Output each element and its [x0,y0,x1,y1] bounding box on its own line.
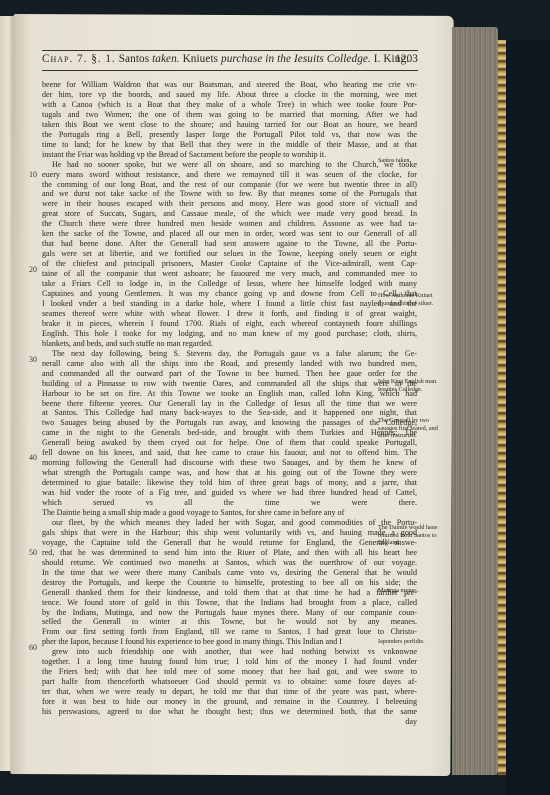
line-number: 40 [29,453,37,462]
line-number: 60 [29,643,37,652]
text-line: blankets, and beds, and such stuffe no m… [42,339,417,349]
page-fore-edge [452,27,498,775]
text-line: at Santos. This Colledge had many back-w… [42,408,417,418]
text-line: was hid vnder the roote of a Fig tree, a… [42,488,417,498]
margin-note: The Generall by two sauages first feared… [378,417,448,440]
text-line: gals ships that were in the Harbour; thi… [42,528,417,538]
line-number: 30 [29,355,37,364]
margin-note: Iohn King English man. Iesuites Colledge… [378,378,448,393]
text-line: From our first setting forth from Englan… [42,627,417,637]
text-line: ken the sacke of the Towne, and placed a… [42,229,417,239]
text-line: and commanded all the outward part of th… [42,369,417,379]
text-line: our fleet, by the which meanes they lade… [42,518,417,528]
text-line: beene for William Waldron that was our B… [42,80,417,90]
text-line: should returne. We continued two moneths… [42,558,417,568]
text-line: Generall thanked them for their kindness… [42,588,417,598]
page-number: 1203 [395,53,418,65]
text-line: tence. We found store of gold in this To… [42,598,417,608]
text-line: taken this Boat we went close to the sho… [42,120,417,130]
text-line: seames thereof were white with wheat flo… [42,309,417,319]
line-number: 50 [29,548,37,557]
text-line: what strength the Portugals campe was, a… [42,468,417,478]
text-line: brake it in pieces, wherein I found 1700… [42,319,417,329]
text-line: grew into such friendship one with anoth… [42,647,417,657]
text-line: by the Indians, Mutinga, and now the Por… [42,608,417,618]
text-line: Captaines and young Gentlemen. It was my… [42,289,417,299]
text-line: instant the Friar was holding vp the Bre… [42,150,417,160]
dark-background [506,40,550,795]
header-title-italic: purchase in the Iesuits Colledge. [221,53,371,65]
text-line: selled the Generall to winter at this To… [42,617,417,627]
text-line: nerall came also with all the ships into… [42,359,417,369]
header-bottom-rule [42,70,418,71]
text-line: the Portugals ring a Bell, presently Ias… [42,130,417,140]
text-line: Harbour to be set on fire. At this Towne… [42,389,417,399]
text-line: his perswasions, agreed to doe what he t… [42,707,417,717]
text-line: together. I a long time hauing found him… [42,657,417,667]
text-line: of the chiefest and principall prisoners… [42,259,417,269]
text-line: building of a Pinnasse to row with twent… [42,379,417,389]
text-line: part halfe from thenceforth whatsoeuer G… [42,677,417,687]
text-line: pher the Iapon, because I found his expe… [42,637,417,647]
chapter-label: Chap. 7. §. 1. [42,53,116,65]
text-line: I looked vnder a bed standing in a darke… [42,299,417,309]
text-line: came in the night to the Generals bed-si… [42,428,417,438]
text-line: He had no sooner spoke, but we were all … [42,160,417,170]
text-line: Generall being awaked by them cryed out … [42,438,417,448]
text-line: take a Friars Cell to lodge in, in the C… [42,279,417,289]
text-line: The next day following, being S. Stevens… [42,349,417,359]
text-line: with a Canoa (which is a Boat that they … [42,100,417,110]
text-line: red, that he was determined to send him … [42,548,417,558]
text-line: ter that, when we were ready to depart, … [42,687,417,697]
margin-note: Mutinga mynes. [378,587,448,595]
text-line: that had beene done. After the Generall … [42,239,417,249]
line-number: 10 [29,170,37,179]
margin-note: How Anthonie Kniuet found a chist of sil… [378,292,448,307]
header-top-rule [42,50,418,51]
header-title-italic: taken. [152,53,180,65]
text-line: the comming of our long Boat, and the re… [42,180,417,190]
text-line: the Friers bed; with that hee told mee o… [42,667,417,677]
margin-note: Iaponders perfidie. [378,638,448,646]
text-line: euery mans sword without resistance, and… [42,170,417,180]
text-line: beene there fifteene yeeres. Our General… [42,399,417,409]
running-header: Chap. 7. §. 1. Santos taken. Kniuets pur… [42,53,418,65]
text-line: time to land; for he knew by that Bell t… [42,140,417,150]
text-line: gals were set at libertie, and we fortif… [42,249,417,259]
text-line: two Sauages being abused by the Portugal… [42,418,417,428]
line-number: 20 [29,265,37,274]
text-line: taine of all the companie that went asho… [42,269,417,279]
text-line: morning following the Generall had disco… [42,458,417,468]
text-line: the Church there were three hundred men … [42,219,417,229]
text-line: were in their houses escaped with their … [42,199,417,209]
text-line: great store of Succats, Sugars, and Cass… [42,209,417,219]
text-line: which serued vs all the time we were the… [42,498,417,508]
text-line: tugals and two Women; the one of them wa… [42,110,417,120]
text-line: fell downe on his knees, and said, that … [42,448,417,458]
text-line: der him, tore vp the boords, and saued m… [42,90,417,100]
header-title-part: Kniuets [180,53,221,65]
text-line: English. This hole I tooke for my lodgin… [42,329,417,339]
margin-note: Santos taken. [378,157,448,165]
text-line: voyage, the Captaine told the Generall t… [42,538,417,548]
body-text: beene for William Waldron that was our B… [42,80,417,727]
text-line: determined to giue bataile: likewise the… [42,478,417,488]
text-line: destroy the Portugals, and keepe the Cou… [42,578,417,588]
margin-note: The Daintie would haue returned from San… [378,524,448,547]
gilt-binding-edge [498,40,506,775]
text-line: In the time that we were there many Cani… [42,568,417,578]
text-line: The Daintie being a small ship made a go… [42,508,417,518]
text-line: and we durst not take sacke of the Towne… [42,189,417,199]
header-title-part: Santos [119,53,152,65]
text-line: fore it was best to hide our money in th… [42,697,417,707]
text-line: day [42,717,417,727]
